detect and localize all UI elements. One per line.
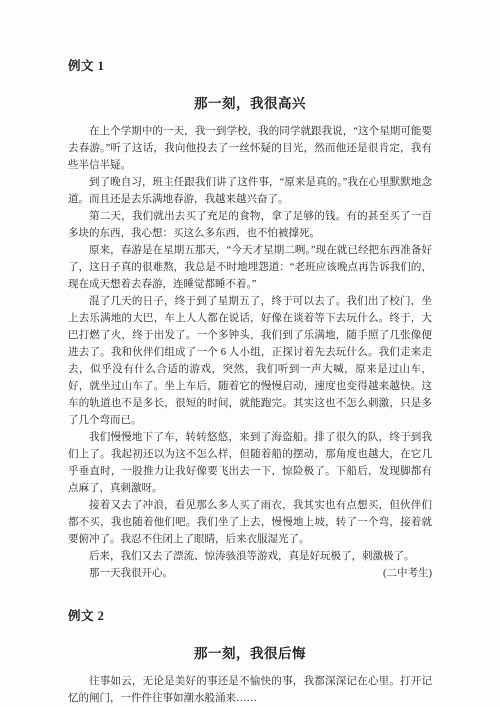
essay-2-paragraph-1: 往事如云，无论是美好的事还是不愉快的事，我都深深记在心里。打开记忆的闸门，一件件… bbox=[68, 673, 432, 707]
essay-1-title: 那一刻，我很高兴 bbox=[68, 95, 432, 113]
essay-2-title: 那一刻，我很后悔 bbox=[68, 645, 432, 663]
document-page: 例文 1 那一刻，我很高兴 在上个学期中的一天，我一到学校，我的同学就跟我说，“… bbox=[0, 0, 500, 707]
essay-1-closing-text: 那一天我很开心。 bbox=[68, 565, 173, 582]
essay-1-paragraph-6: 我们慢慢地下了车，转转悠悠，来到了海盗船。排了很久的队，终于到我们上了。我起初还… bbox=[68, 429, 432, 497]
essay-1-paragraph-8: 后来，我们又去了漂流、惊涛骇浪等游戏，真是好玩极了，刺激极了。 bbox=[68, 548, 432, 565]
essay-1-paragraph-5: 混了几天的日子，终于到了星期五了，终于可以去了。我们出了校门，坐上去乐满地的大巴… bbox=[68, 293, 432, 429]
essay-1-paragraph-1: 在上个学期中的一天，我一到学校，我的同学就跟我说，“这个星期可能要去春游。”听了… bbox=[68, 123, 432, 174]
essay-2-section-label: 例文 2 bbox=[68, 608, 432, 625]
essay-1-section-label: 例文 1 bbox=[68, 58, 432, 75]
essay-1-paragraph-4: 原来，春游是在星期五那天，“今天才星期二咧。”现在就已经把东西准备好了，这日子真… bbox=[68, 242, 432, 293]
essay-1-attribution: (二中考生) bbox=[383, 565, 432, 582]
essay-1-section: 例文 1 那一刻，我很高兴 在上个学期中的一天，我一到学校，我的同学就跟我说，“… bbox=[68, 58, 432, 582]
essay-1-paragraph-2: 到了晚自习，班主任跟我们讲了这件事，“原来是真的。”我在心里默默地念道。而且还是… bbox=[68, 174, 432, 208]
essay-1-paragraph-3: 第二天，我们就出去买了充足的食物，拿了足够的钱。有的甚至买了一百多块的东西，我心… bbox=[68, 208, 432, 242]
essay-1-closing-line: 那一天我很开心。 (二中考生) bbox=[68, 565, 432, 582]
essay-2-section: 例文 2 那一刻，我很后悔 往事如云，无论是美好的事还是不愉快的事，我都深深记在… bbox=[68, 608, 432, 707]
essay-1-paragraph-7: 接着又去了冲浪，看见那么多人买了雨衣，我其实也有点想买，但伙伴们都不买，我也随着… bbox=[68, 497, 432, 548]
